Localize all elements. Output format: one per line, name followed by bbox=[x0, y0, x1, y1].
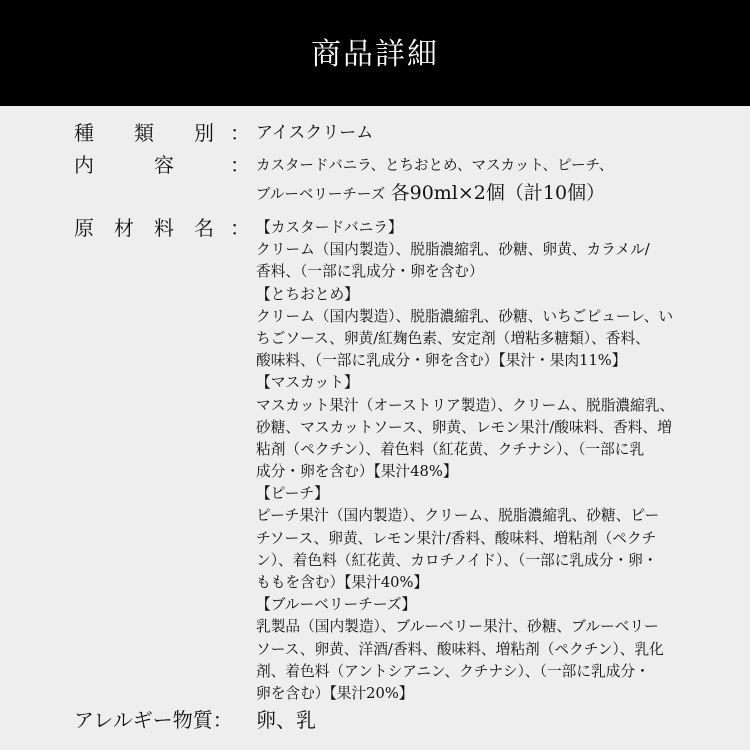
allergens-label: アレルギー物質： bbox=[74, 708, 233, 732]
ingredient-line: 剤、着色料（アントシアニン、クチナシ）、（一部に乳成分・ bbox=[256, 661, 674, 683]
header-bar: 商品詳細 bbox=[0, 0, 750, 106]
ingredient-line: ちごソース、卵黄/紅麹色素、安定剤（増粘多糖類）、香料、 bbox=[256, 328, 674, 350]
ingredients-list: 【カスタードバニラ】 クリーム（国内製造）、脱脂濃縮乳、砂糖、卵黄、カラメル/ … bbox=[256, 217, 674, 705]
contents-colon: ： bbox=[230, 153, 250, 177]
type-colon: ： bbox=[230, 121, 250, 145]
type-value: アイスクリーム bbox=[256, 122, 373, 144]
label-char: 料 bbox=[154, 216, 174, 240]
ingredient-line: 成分・卵を含む）【果汁48%】 bbox=[256, 461, 674, 483]
ingredient-line: クリーム（国内製造）、脱脂濃縮乳、砂糖、いちごピューレ、い bbox=[256, 306, 674, 328]
ingredient-line: 砂糖、マスカットソース、卵黄、レモン果汁/酸味料、香料、増 bbox=[256, 417, 674, 439]
contents-label: 内 容 bbox=[74, 153, 174, 177]
ingredient-line: クリーム（国内製造）、脱脂濃縮乳、砂糖、卵黄、カラメル/ bbox=[256, 239, 674, 261]
section-heading-tochiotome: 【とちおとめ】 bbox=[256, 284, 674, 306]
label-char: 類 bbox=[134, 121, 154, 145]
label-char: 材 bbox=[114, 216, 134, 240]
section-heading-muscat: 【マスカット】 bbox=[256, 372, 674, 394]
section-heading-custard-vanilla: 【カスタードバニラ】 bbox=[256, 217, 674, 239]
ingredients-colon: ： bbox=[230, 216, 250, 240]
contents-line-2: ブルーベリーチーズ 各90ml×2個（計10個） bbox=[256, 182, 605, 206]
label-char: 内 bbox=[74, 153, 94, 177]
ingredient-line: ソース、卵黄、洋酒/香料、酸味料、増粘剤（ペクチン）、乳化 bbox=[256, 639, 674, 661]
type-label: 種 類 別 bbox=[74, 121, 214, 145]
ingredient-line: マスカット果汁（オーストリア製造）、クリーム、脱脂濃縮乳、 bbox=[256, 395, 674, 417]
ingredient-line: 粘剤（ペクチン）、着色料（紅花黄、クチナシ）、（一部に乳 bbox=[256, 439, 674, 461]
ingredient-line: 卵を含む）【果汁20%】 bbox=[256, 683, 674, 705]
ingredient-line: ピーチ果汁（国内製造）、クリーム、脱脂濃縮乳、砂糖、ピー bbox=[256, 505, 674, 527]
contents-line-1: カスタードバニラ、とちおとめ、マスカット、ピーチ、 bbox=[256, 155, 613, 177]
section-heading-peach: 【ピーチ】 bbox=[256, 483, 674, 505]
ingredient-line: 乳製品（国内製造）、ブルーベリー果汁、砂糖、ブルーベリー bbox=[256, 616, 674, 638]
label-char: 別 bbox=[194, 121, 214, 145]
ingredient-line: ン）、着色料（紅花黄、カロチノイド）、（一部に乳成分・卵・ bbox=[256, 550, 674, 572]
ingredient-line: ももを含む）【果汁40%】 bbox=[256, 572, 674, 594]
section-heading-blueberry-cheese: 【ブルーベリーチーズ】 bbox=[256, 594, 674, 616]
ingredients-label: 原 材 料 名 bbox=[74, 216, 214, 240]
ingredient-line: 香料、（一部に乳成分・卵を含む） bbox=[256, 261, 674, 283]
ingredient-line: チソース、卵黄、レモン果汁/香料、酸味料、増粘剤（ペクチ bbox=[256, 528, 674, 550]
label-char: 容 bbox=[154, 153, 174, 177]
contents-amount: 各90ml×2個（計10個） bbox=[391, 182, 605, 204]
label-char: 原 bbox=[74, 216, 94, 240]
label-char: 種 bbox=[74, 121, 94, 145]
label-char: 名 bbox=[194, 216, 214, 240]
allergens-value: 卵、乳 bbox=[256, 708, 316, 732]
ingredient-line: 酸味料、（一部に乳成分・卵を含む）【果汁・果肉11%】 bbox=[256, 350, 674, 372]
contents-flavor: ブルーベリーチーズ bbox=[256, 187, 385, 203]
page-title: 商品詳細 bbox=[311, 29, 439, 73]
